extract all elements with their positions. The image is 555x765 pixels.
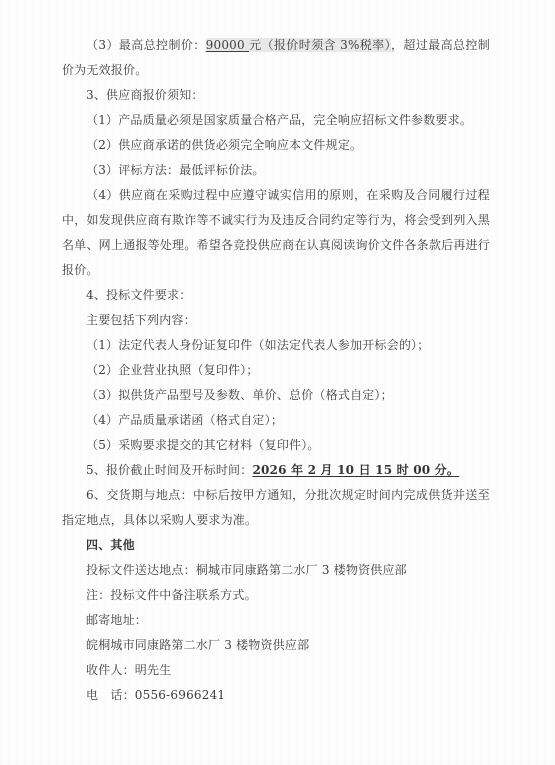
document-page: （3）最高总控制价：90000 元（报价时须含 3%税率），超过最高总控制价为无… xyxy=(0,0,555,765)
heading-supplier-notice: 3、供应商报价须知： xyxy=(62,83,490,108)
heading-bid-documents: 4、投标文件要求： xyxy=(62,283,490,308)
mailing-address-line: 皖桐城市同康路第二水厂 3 楼物资供应部 xyxy=(62,633,490,658)
bid-doc-item-5: （5）采购要求提交的其它材料（复印件）。 xyxy=(62,433,490,458)
max-price-lead: （3）最高总控制价： xyxy=(86,38,206,52)
notice-item-2: （2）供应商承诺的供货必须完全响应本文件规定。 xyxy=(62,133,490,158)
max-price-tax-note: 元（报价时须含 3%税率） xyxy=(249,38,391,52)
notice-item-4: （4）供应商在采购过程中应遵守诚实信用的原则，在采购及合同履行过程中，如发现供应… xyxy=(62,183,490,283)
delivery-location-line: 投标文件送达地点：桐城市同康路第二水厂 3 楼物资供应部 xyxy=(62,558,490,583)
recipient-line: 收件人：明先生 xyxy=(62,658,490,683)
bid-doc-item-2: （2）企业营业执照（复印件）； xyxy=(62,358,490,383)
notice-item-3: （3）评标方法：最低评标价法。 xyxy=(62,158,490,183)
mailing-address-label: 邮寄地址： xyxy=(62,608,490,633)
heading-other-section: 四、其他 xyxy=(62,533,490,558)
notice-item-1: （1）产品质量必须是国家质量合格产品，完全响应招标文件参数要求。 xyxy=(62,108,490,133)
clause-deadline: 5、报价截止时间及开标时间：2026 年 2 月 10 日 15 时 00 分。 xyxy=(62,458,490,483)
phone-line: 电 话：0556-6966241 xyxy=(62,683,490,708)
note-line: 注：投标文件中备注联系方式。 xyxy=(62,583,490,608)
deadline-datetime: 2026 年 2 月 10 日 15 时 00 分。 xyxy=(252,463,459,477)
clause-delivery: 6、交货期与地点：中标后按甲方通知，分批次规定时间内完成供货并送至指定地点，具体… xyxy=(62,483,490,533)
bid-doc-item-4: （4）产品质量承诺函（格式自定）； xyxy=(62,408,490,433)
bid-doc-item-3: （3）拟供货产品型号及参数、单价、总价（格式自定）； xyxy=(62,383,490,408)
max-price-value: 90000 xyxy=(206,38,249,52)
bid-doc-item-1: （1）法定代表人身份证复印件（如法定代表人参加开标会的）； xyxy=(62,333,490,358)
bid-doc-intro: 主要包括下列内容： xyxy=(62,308,490,333)
deadline-lead: 5、报价截止时间及开标时间： xyxy=(86,463,252,477)
clause-max-control-price: （3）最高总控制价：90000 元（报价时须含 3%税率），超过最高总控制价为无… xyxy=(62,33,490,83)
